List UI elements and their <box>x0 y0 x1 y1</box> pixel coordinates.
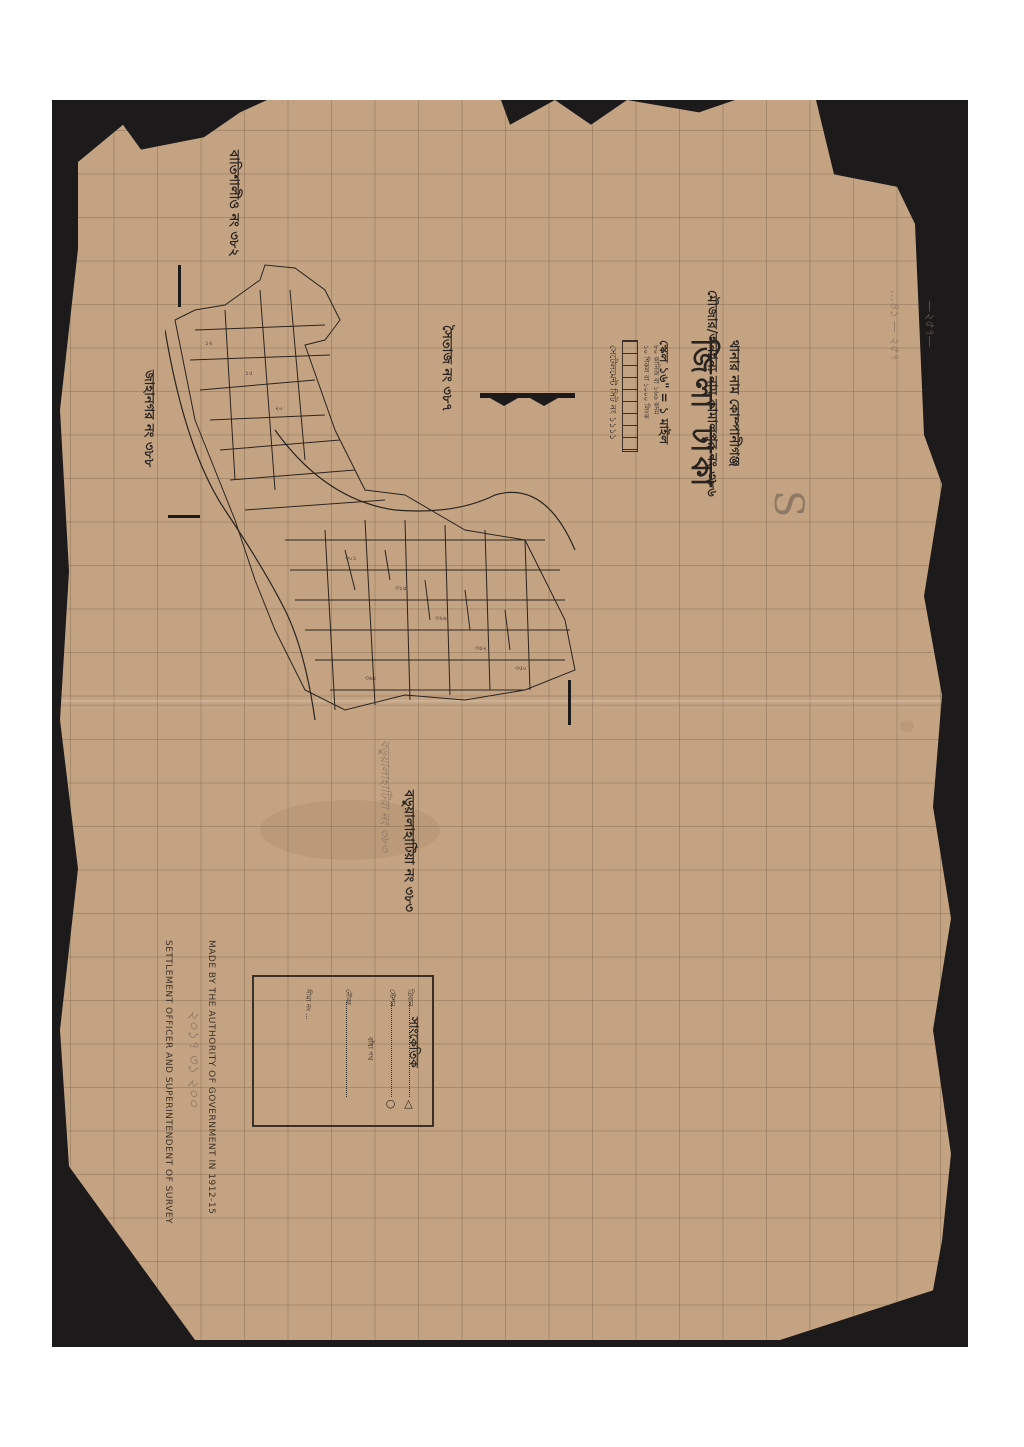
legend-box: সাংকেতিক △ ত্রিবান ○ স্টেশন বাঁধা পথ নৌক… <box>252 975 434 1127</box>
pencil-note: S <box>765 490 811 517</box>
legend-heading: সাংকেতিক <box>404 1017 424 1068</box>
pencil-note: বড়ুয়ালাহাটিয়া নং ৩৮৩ <box>375 740 395 852</box>
svg-text:৩০১: ৩০১ <box>345 555 357 562</box>
scale-bar-label: ৮০ কানিজ বা ১৬৬ কদম <box>650 345 662 414</box>
district-title: জিলা ঢাকা <box>676 338 727 490</box>
svg-text:১২: ১২ <box>205 340 213 347</box>
legend-label: ত্রিবান <box>404 989 416 1006</box>
mouza-boundary <box>175 265 575 710</box>
authority-statement: MADE BY THE AUTHORITY OF GOVERNMENT IN 1… <box>206 940 216 1214</box>
station-icon: ○ <box>384 1097 397 1110</box>
svg-text:৩৫০: ৩৫০ <box>515 665 527 672</box>
legend-label: বাঁধা পথ <box>364 1037 376 1060</box>
river-channel <box>165 330 315 720</box>
pencil-note: —২৫৭— <box>920 300 940 347</box>
legend-label: নৌকা <box>342 989 354 1005</box>
svg-text:৩৬১: ৩৬১ <box>365 675 377 682</box>
adjacent-village-label: বাতিশালীও নং ৩৮২ <box>222 150 243 257</box>
parcel-map: ১২১৫২০ ৩০১৩১৪৩২৬ ৩৪২৩৫০৩৬১ <box>165 250 615 730</box>
svg-text:৩১৪: ৩১৪ <box>395 585 407 592</box>
scale-bar <box>622 340 638 452</box>
pencil-note: ...৪১ — ২৫৭ <box>885 290 905 360</box>
triangulation-icon: △ <box>402 1097 415 1110</box>
svg-text:৩২৬: ৩২৬ <box>435 615 447 622</box>
boundary-mark <box>168 515 200 518</box>
boundary-mark <box>568 680 571 725</box>
stain <box>900 720 914 732</box>
legend-label: সীমা নং ... <box>302 989 314 1020</box>
svg-text:১৫: ১৫ <box>245 370 253 377</box>
adjacent-village-label: বড়ুয়ালাহাটিয়া নং ৩৮৩ <box>397 790 418 912</box>
svg-text:৩৪২: ৩৪২ <box>475 645 487 652</box>
adjacent-village-label: জাহানগর নং ৩৮৮ <box>137 370 158 467</box>
adjacent-village-label: সৈতাজ নং ৩৮৭ <box>435 325 456 412</box>
river-channel <box>275 430 575 550</box>
legend-label: স্টেশন <box>386 989 398 1007</box>
officer-signature: ২০১৭ ৩১ ২০০ <box>182 1010 207 1107</box>
officer-title: SETTLEMENT OFFICER AND SUPERINTENDENT OF… <box>163 940 173 1224</box>
svg-text:২০: ২০ <box>275 405 283 412</box>
boundary-mark <box>178 265 181 307</box>
